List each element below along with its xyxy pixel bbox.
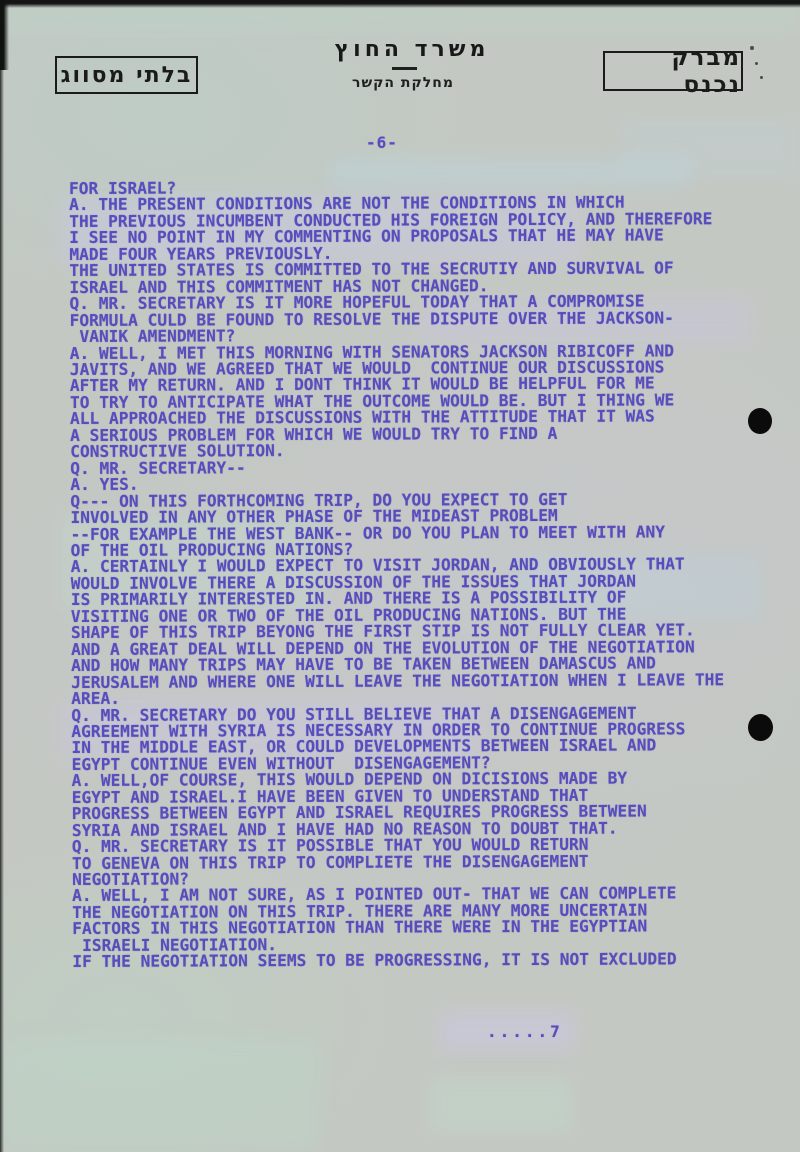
telegram-body-text: FOR ISRAEL? A. THE PRESENT CONDITIONS AR… [69,178,725,971]
page-number: -6- [366,133,398,152]
scan-edge-left [0,0,4,1152]
department-subtitle: מחלקת הקשר [343,75,463,91]
classification-stamp-label: בלתי מסווג [61,62,193,88]
telegram-page: בלתי מסווג מברק נכנס משרד החוץ מחלקת הקש… [0,0,800,1152]
incoming-telegram-stamp-label: מברק נכנס [605,44,741,98]
scan-artifact [428,1078,573,1133]
hole-punch [748,714,773,741]
incoming-telegram-stamp: מברק נכנס [603,51,743,91]
continuation-marker: .....7 [487,1022,563,1041]
hole-punch [748,408,772,434]
ink-speck [760,76,763,79]
ink-speck [755,62,758,65]
scan-edge-top [0,0,800,8]
scan-edge-corner [0,0,9,70]
scan-artifact [620,118,800,178]
ministry-title: משרד החוץ [322,36,502,62]
ink-speck [750,46,754,50]
title-underline [392,67,417,70]
scan-artifact [0,1040,320,1152]
classification-stamp: בלתי מסווג [55,56,198,94]
